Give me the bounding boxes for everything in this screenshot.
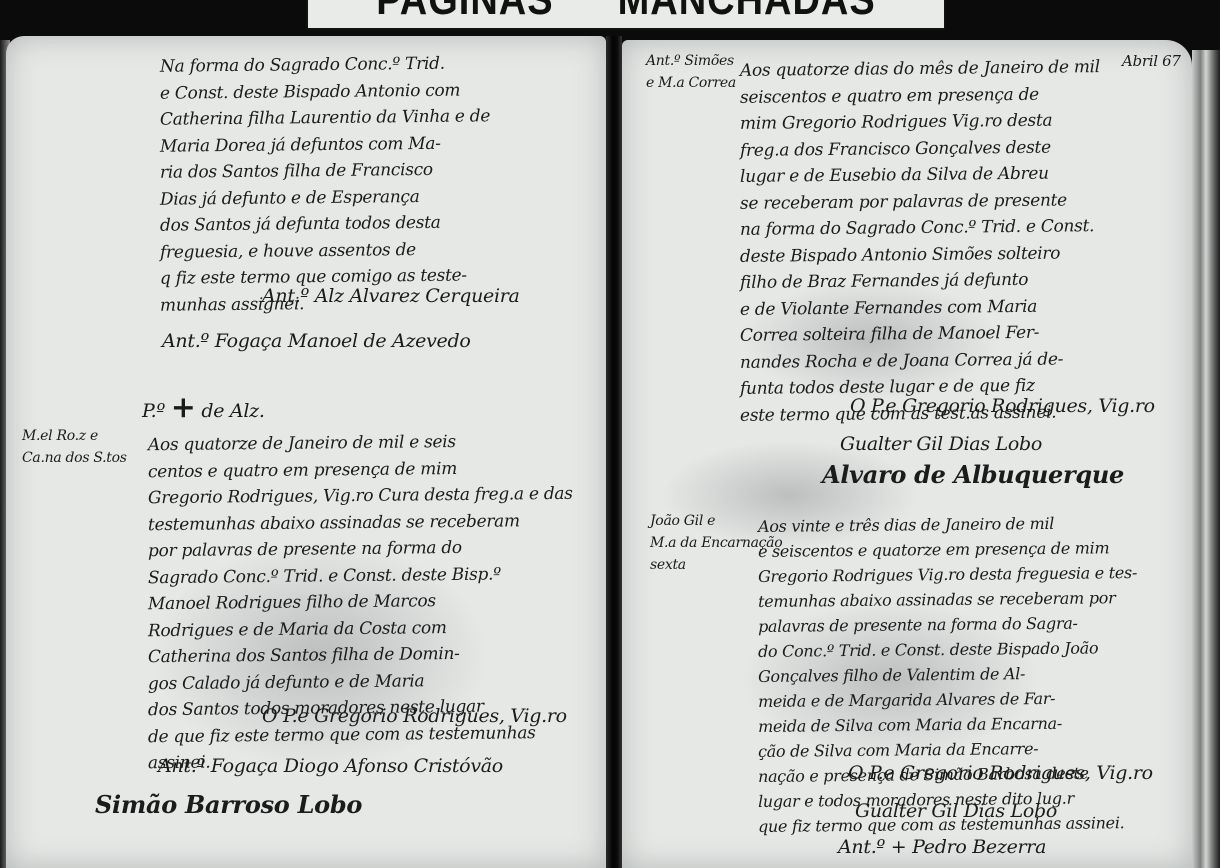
signature: Simão Barroso Lobo — [95, 790, 362, 819]
signature: Ant.º Fogaça Manoel de Azevedo — [162, 330, 471, 352]
text-line: se receberam por palavras de presente — [740, 187, 1100, 217]
text-line: na forma do Sagrado Conc.º Trid. e Const… — [740, 213, 1100, 243]
text-line: Correa solteira filha de Manoel Fer- — [740, 319, 1100, 349]
text-line: Ca.na dos S.tos — [22, 447, 127, 469]
margin-note: M.el Ro.z e Ca.na dos S.tos — [22, 425, 127, 469]
text-line: ria dos Santos filha de Francisco — [160, 156, 490, 186]
folio-mark: Abril 67 — [1122, 52, 1181, 70]
witness-signature: Gualter Gil Dias Lobo — [840, 433, 1042, 455]
entry-heading-prefix: P.º — [142, 400, 165, 422]
label-word-paginas: PAGINAS — [376, 0, 553, 22]
book-edge-right — [1192, 50, 1220, 868]
text-line: Na forma do Sagrado Conc.º Trid. — [160, 50, 490, 80]
label-word-manchadas: MANCHADAS — [618, 0, 876, 22]
text-line: deste Bispado Antonio Simões solteiro — [740, 240, 1100, 270]
signature: Ant.º + Pedro Bezerra — [838, 836, 1046, 858]
text-line: Maria Dorea já defuntos com Ma- — [160, 130, 490, 160]
text-line: e de Violante Fernandes com Maria — [740, 293, 1100, 323]
cross-icon: + — [171, 390, 196, 425]
text-line: M.el Ro.z e — [22, 425, 127, 447]
signature: Ant.º Fogaça Diogo Afonso Cristóvão — [158, 755, 503, 777]
text-line: filho de Braz Fernandes já defunto — [740, 266, 1100, 296]
text-line: dos Santos já defunta todos desta — [160, 209, 490, 239]
text-line: Ant.º Simões — [646, 50, 736, 72]
margin-note: Ant.º Simões e M.a Correa — [646, 50, 736, 94]
left-continuation-text: Na forma do Sagrado Conc.º Trid. e Const… — [160, 52, 490, 317]
text-line: lugar e de Eusebio da Silva de Abreu — [740, 160, 1100, 190]
text-line: e M.a Correa — [646, 72, 736, 94]
right-entry1-text: Aos quatorze dias do mês de Janeiro de m… — [740, 56, 1100, 427]
signature: O P.e Gregorio Rodrigues, Vig.ro — [848, 762, 1153, 784]
text-line: Gregorio Rodrigues, Vig.ro Cura desta fr… — [148, 481, 573, 512]
book-gutter — [606, 36, 622, 868]
text-line: Dias já defunto e de Esperança — [160, 183, 490, 213]
signature: O P.e Gregorio Rodrigues, Vig.ro — [850, 395, 1155, 417]
text-line: Manoel Rodrigues filho de Marcos — [148, 587, 573, 618]
entry-heading-suffix: de Alz. — [201, 400, 264, 422]
text-line: freg.a dos Francisco Gonçalves deste — [740, 134, 1100, 164]
text-line: freguesia, e houve assentos de — [160, 236, 490, 266]
microfilm-label: PAGINAS MANCHADAS — [306, 0, 946, 30]
witness-signature: Alvaro de Albuquerque — [822, 460, 1124, 489]
signature: O P.e Gregorio Rodrigues, Vig.ro — [262, 705, 567, 727]
text-line: Catherina filha Laurentio da Vinha e de — [160, 103, 490, 133]
text-line: e Const. deste Bispado Antonio com — [160, 77, 490, 107]
text-line: Aos quatorze dias do mês de Janeiro de m… — [740, 54, 1100, 84]
text-line: mim Gregorio Rodrigues Vig.ro desta — [740, 107, 1100, 137]
entry-heading: P.º + de Alz. — [142, 390, 265, 425]
text-line: nandes Rocha e de Joana Correa já de- — [740, 346, 1100, 376]
text-line: por palavras de presente na forma do — [148, 534, 573, 565]
signature: Ant.º Alz Alvarez Cerqueira — [262, 285, 520, 307]
text-line: seiscentos e quatro em presença de — [740, 81, 1100, 111]
signature: Gualter Gil Dias Lobo — [855, 800, 1057, 822]
text-line: Catherina dos Santos filha de Domin- — [148, 640, 573, 671]
text-line: Aos quatorze de Janeiro de mil e seis — [148, 428, 573, 459]
right-entry2-text: Aos vinte e três dias de Janeiro de mil … — [758, 512, 1137, 837]
